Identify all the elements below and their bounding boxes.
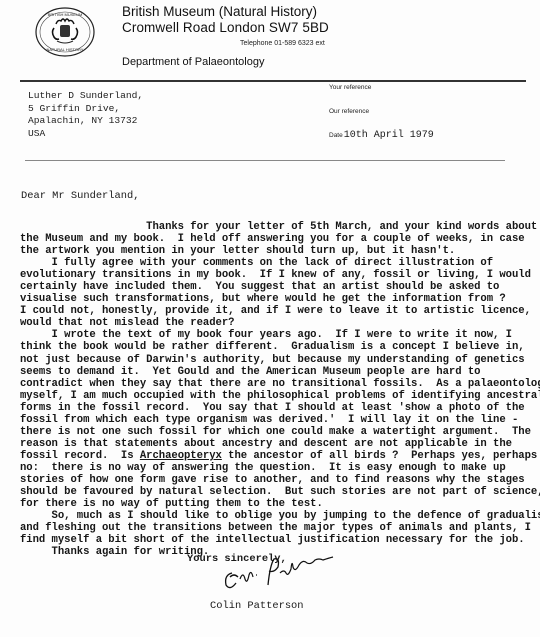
body-line: stories of how one form gave rise to ano… [20,474,530,486]
body-line: forms in the fossil record. You say that… [20,402,530,414]
body-line: I could not, honestly, provide it, and i… [20,305,530,317]
body-line: should be favoured by natural selection.… [20,486,530,498]
body-line: not just because of Darwin's authority, … [20,354,530,366]
recipient-line: 5 Griffin Drive, [28,103,120,114]
crest-icon: BRITISH MUSEUM NATURAL HISTORY [34,6,96,58]
body-line: seems to demand it. Yet Gould and the Am… [20,366,530,378]
body-line: reason is that statements about ancestry… [20,438,530,450]
recipient-line: Apalachin, NY 13732 [28,115,137,126]
body-line: So, much as I should like to oblige you … [20,510,530,522]
recipient-address: Luther D Sunderland, 5 Griffin Drive, Ap… [28,90,143,140]
telephone: Telephone 01-589 6323 ext [240,40,325,47]
date-value: 10th April 1979 [344,130,434,141]
organization-name: British Museum (Natural History) [122,4,317,20]
body-line: for there is no way of putting them to t… [20,498,530,510]
body-line: contradict when they say that there are … [20,378,530,390]
letter-page: BRITISH MUSEUM NATURAL HISTORY British M… [0,0,540,637]
recipient-line: Luther D Sunderland, [28,90,143,101]
address-divider [25,160,505,161]
body-line: and fleshing out the transitions between… [20,522,530,534]
body-line: I wrote the text of my book four years a… [20,329,530,341]
organization-address: Cromwell Road London SW7 5BD [122,20,329,36]
body-line: Thanks for your letter of 5th March, and… [20,221,530,233]
date-label: Date [329,132,343,139]
body-line: myself, I am much occupied with the phil… [20,390,530,402]
body-line: the artwork you mention in your letter s… [20,245,530,257]
letterhead-divider [20,80,526,82]
body-line: I fully agree with your comments on the … [20,257,530,269]
svg-text:BRITISH MUSEUM: BRITISH MUSEUM [48,12,83,17]
body-line: evolutionary transitions in my book. If … [20,269,530,281]
body-line: fossil from which each type organism was… [20,414,530,426]
letter-body: Thanks for your letter of 5th March, and… [20,221,530,558]
date-row: Date 10th April 1979 [329,130,434,141]
recipient-line: USA [28,128,45,139]
underlined-term: Archaeopteryx [140,450,222,462]
body-line: certainly have included them. You sugges… [20,281,530,293]
your-reference-label: Your reference [329,84,371,91]
body-line: no: there is no way of answering the que… [20,462,530,474]
salutation: Dear Mr Sunderland, [21,190,139,202]
our-reference-label: Our reference [329,108,369,115]
body-line: find myself a bit short of the intellect… [20,534,530,546]
signer-name: Colin Patterson [210,600,304,612]
body-line: visualise such transformations, but wher… [20,293,530,305]
body-line: there is not one such fossil for which o… [20,426,530,438]
body-line: think the book would be rather different… [20,341,530,353]
signature-icon [218,555,338,595]
body-line: would that not mislead the reader? [20,317,530,329]
body-line: the Museum and my book. I held off answe… [20,233,530,245]
svg-text:NATURAL HISTORY: NATURAL HISTORY [47,47,84,52]
department-name: Department of Palaeontology [122,56,264,68]
body-line: fossil record. Is Archaeopteryx the ance… [20,450,530,462]
